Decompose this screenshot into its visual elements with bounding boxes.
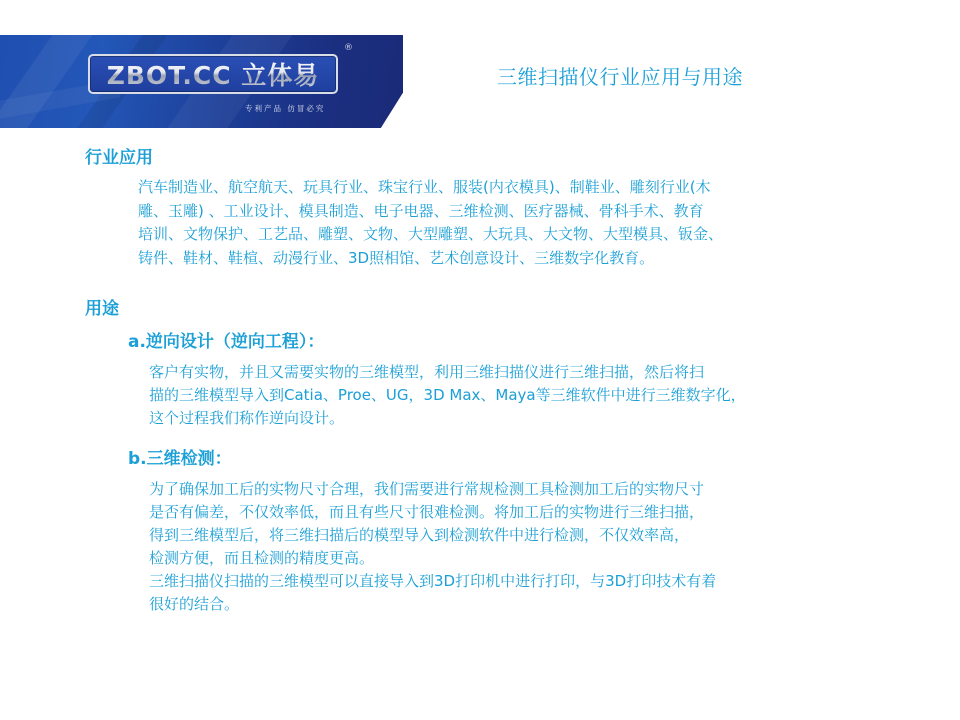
text-line: 检测方便，而且检测的精度更高。 <box>149 547 869 570</box>
text-line: 得到三维模型后，将三维扫描后的模型导入到检测软件中进行检测，不仅效率高， <box>149 524 869 547</box>
text-line: 很好的结合。 <box>149 593 869 616</box>
brand-slogan: 专利产品 仿冒必究 <box>245 103 325 114</box>
text-line: 雕、玉雕) 、工业设计、模具制造、电子电器、三维检测、医疗器械、骨科手术、教育 <box>138 200 868 224</box>
text-line: 培训、文物保护、工艺品、雕塑、文物、大型雕塑、大玩具、大文物、大型模具、钣金、 <box>138 223 868 247</box>
section-heading-usage: 用途 <box>85 294 119 319</box>
header-banner: ZBOT.CC 立体易 ® 专利产品 仿冒必究 <box>0 35 403 128</box>
text-line: 客户有实物，并且又需要实物的三维模型，利用三维扫描仪进行三维扫描，然后将扫 <box>149 361 869 384</box>
text-line: 汽车制造业、航空航天、玩具行业、珠宝行业、服装(内衣模具)、制鞋业、雕刻行业(木 <box>138 176 868 200</box>
logo-text: ZBOT.CC 立体易 <box>107 56 320 92</box>
text-line: 为了确保加工后的实物尺寸合理，我们需要进行常规检测工具检测加工后的实物尺寸 <box>149 478 869 501</box>
text-line: 铸件、鞋材、鞋楦、动漫行业、3D照相馆、艺术创意设计、三维数字化教育。 <box>138 247 868 271</box>
brand-logo: ZBOT.CC 立体易 <box>88 54 338 94</box>
subheading-3d-inspection: b.三维检测： <box>128 444 232 469</box>
3d-inspection-description: 为了确保加工后的实物尺寸合理，我们需要进行常规检测工具检测加工后的实物尺寸 是否… <box>149 478 869 616</box>
text-line: 描的三维模型导入到Catia、Proe、UG，3D Max、Maya等三维软件中… <box>149 384 869 407</box>
industry-application-list: 汽车制造业、航空航天、玩具行业、珠宝行业、服装(内衣模具)、制鞋业、雕刻行业(木… <box>138 176 868 270</box>
text-line: 这个过程我们称作逆向设计。 <box>149 407 869 430</box>
registered-trademark-icon: ® <box>344 43 353 53</box>
reverse-engineering-description: 客户有实物，并且又需要实物的三维模型，利用三维扫描仪进行三维扫描，然后将扫 描的… <box>149 361 869 430</box>
text-line: 是否有偏差，不仅效率低，而且有些尺寸很难检测。将加工后的实物进行三维扫描， <box>149 501 869 524</box>
section-heading-industry: 行业应用 <box>85 143 153 168</box>
text-line: 三维扫描仪扫描的三维模型可以直接导入到3D打印机中进行打印，与3D打印技术有着 <box>149 570 869 593</box>
subheading-reverse-engineering: a.逆向设计（逆向工程）： <box>128 327 324 352</box>
page-title: 三维扫描仪行业应用与用途 <box>497 61 743 90</box>
